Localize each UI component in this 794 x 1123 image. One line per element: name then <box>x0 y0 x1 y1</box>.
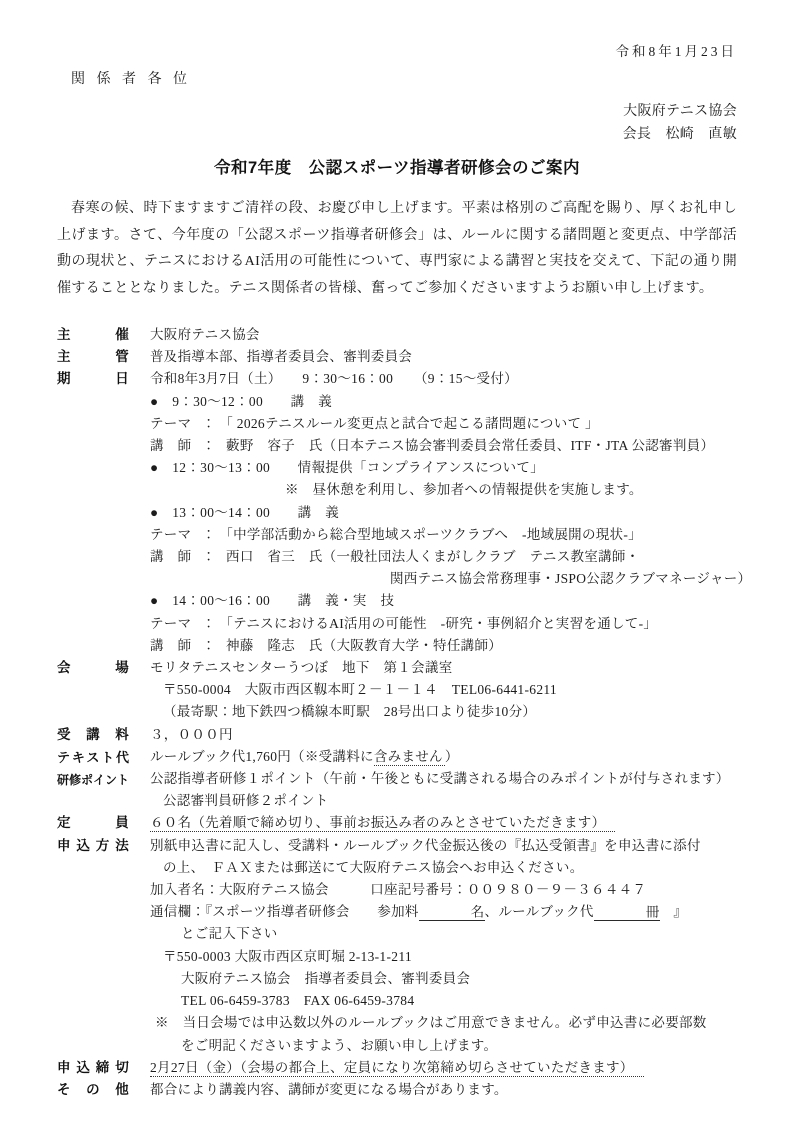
fill-in-blank-rulebooks: 冊 <box>594 903 660 921</box>
rulebook-note: ※ 当日会場では申込数以外のルールブックはご用意できません。必ず申込書に必要部数 <box>57 1012 737 1034</box>
schedule-lecturer-2: 講 師 ： 西口 省三 氏（一般社団法人くまがしクラブ テニス教室講師・ <box>57 546 737 568</box>
deadline-emphasis: 2月27日（金）（会場の都合上、定員になり次第締め切らさせていただきます） <box>150 1060 644 1077</box>
note-text: ※ 昼休憩を利用し、参加者への情報提供を実施します。 <box>285 482 643 497</box>
recipient: 関 係 者 各 位 <box>57 70 737 90</box>
textbook-pre: ルールブック代1,760円（※受講料に <box>150 749 374 764</box>
field-value: 別紙申込書に記入し、受講料・ルールブック代金振込後の『払込受領書』を申込書に添付 <box>150 838 701 853</box>
capacity-emphasis: ６０名（先着順で締め切り、事前お振込み者のみとさせていただきます） <box>150 815 615 832</box>
blank-line <box>419 903 471 917</box>
memo-pre: 通信欄：『スポーツ指導者研修会 参加料 <box>150 904 419 919</box>
schedule-time: ● 14：00～16：00 講 義・実 技 <box>150 593 394 608</box>
row-venue: 会場 モリタテニスセンターうつぼ 地下 第１会議室 <box>57 657 737 679</box>
venue-access: （最寄駅：地下鉄四つ橋線本町駅 28号出口より徒歩10分） <box>57 701 737 723</box>
field-value: 加入者名：大阪府テニス協会 口座記号番号：００９８０－９－３６４４７ <box>150 882 646 897</box>
lecturer-text: 講 師 ： 西口 省三 氏（一般社団法人くまがしクラブ テニス教室講師・ <box>150 549 640 564</box>
field-value: 普及指導本部、指導者委員会、審判委員会 <box>150 349 412 364</box>
field-label: 受講料 <box>57 724 129 746</box>
contact-phone-fax: TEL 06-6459-3783 FAX 06-6459-3784 <box>57 990 737 1012</box>
blank-line <box>594 903 646 917</box>
schedule-theme-2: テーマ ： 「中学部活動から総合型地域スポーツクラブへ -地域展開の現状-」 <box>57 524 737 546</box>
sender-organization: 大阪府テニス協会 <box>57 100 737 123</box>
row-fee: 受講料 ３，０００円 <box>57 724 737 746</box>
field-value: 公認審判員研修２ポイント <box>163 793 329 808</box>
field-value: 大阪府テニス協会 <box>150 327 260 342</box>
row-capacity: 定員 ６０名（先着順で締め切り、事前お振込み者のみとさせていただきます） <box>57 812 737 834</box>
textbook-emphasis: 含みません <box>374 749 445 766</box>
field-value: 大阪府テニス協会 指導者委員会、審判委員会 <box>181 971 470 986</box>
venue-address: 〒550-0004 大阪市西区靱本町２－１－１４ TEL06-6441-6211 <box>57 679 737 701</box>
memo-post: 』 <box>660 904 688 919</box>
row-other: その他 都合により講義内容、講師が変更になる場合があります。 <box>57 1079 737 1101</box>
schedule-slot-3: ● 13：00～14：00 講 義 <box>57 502 737 524</box>
sender-president: 会長 松崎 直敏 <box>57 123 737 146</box>
schedule-slot-1: ● 9：30～12：00 講 義 <box>57 391 737 413</box>
unit-mei: 名 <box>471 904 485 919</box>
fill-in-blank-participants: 名 <box>419 903 485 921</box>
detail-list: 主催 大阪府テニス協会 主管 普及指導本部、指導者委員会、審判委員会 期日 令和… <box>57 324 737 1101</box>
field-value: TEL 06-6459-3783 FAX 06-6459-3784 <box>181 993 414 1008</box>
schedule-time: ● 9：30～12：00 講 義 <box>150 394 332 409</box>
field-label: 主催 <box>57 324 129 346</box>
note-text: ※ 当日会場では申込数以外のルールブックはご用意できません。必ず申込書に必要部数 <box>155 1015 707 1030</box>
memo-mid: 、ルールブック代 <box>485 904 594 919</box>
schedule-time: ● 12：30～13：00 情報提供「コンプライアンスについて」 <box>150 460 544 475</box>
theme-text: テーマ ： 「テニスにおけるAI活用の可能性 -研究・事例紹介と実習を通して-」 <box>150 616 657 631</box>
schedule-theme-1: テーマ ： 「 2026テニスルール変更点と試合で起こる諸問題について 」 <box>57 413 737 435</box>
schedule-theme-3: テーマ ： 「テニスにおけるAI活用の可能性 -研究・事例紹介と実習を通して-」 <box>57 613 737 635</box>
row-application-method: 申込方法 別紙申込書に記入し、受講料・ルールブック代金振込後の『払込受領書』を申… <box>57 835 737 857</box>
field-value: ３，０００円 <box>150 727 233 742</box>
row-organizer: 主催 大阪府テニス協会 <box>57 324 737 346</box>
field-label: 申込締切 <box>57 1057 129 1079</box>
field-value: 都合により講義内容、講師が変更になる場合があります。 <box>150 1082 508 1097</box>
schedule-note-lunch: ※ 昼休憩を利用し、参加者への情報提供を実施します。 <box>57 479 737 501</box>
schedule-lecturer-3: 講 師 ： 神藤 隆志 氏（大阪教育大学・特任講師） <box>57 635 737 657</box>
field-label: 研修ポイント <box>57 769 129 791</box>
row-textbook: テキスト代 ルールブック代1,760円（※受講料に含みません） <box>57 746 737 768</box>
field-value: モリタテニスセンターうつぼ 地下 第１会議室 <box>150 660 453 675</box>
mailing-address: 〒550-0003 大阪市西区京町堀 2-13-1-211 <box>57 946 737 968</box>
unit-satsu: 冊 <box>646 904 660 919</box>
field-value: 令和8年3月7日（土） 9：30～16：00 （9：15～受付） <box>150 371 518 386</box>
field-value: とご記入下さい <box>181 926 278 941</box>
lecturer-text: 講 師 ： 藪野 容子 氏（日本テニス協会審判委員会常任委員、ITF・JTA 公… <box>150 438 714 453</box>
field-label: 主管 <box>57 346 129 368</box>
schedule-slot-2: ● 12：30～13：00 情報提供「コンプライアンスについて」 <box>57 457 737 479</box>
field-value: の上、 ＦＡＸまたは郵送にて大阪府テニス協会へお申込ください。 <box>163 860 584 875</box>
lecturer-text: 講 師 ： 神藤 隆志 氏（大阪教育大学・特任講師） <box>150 638 502 653</box>
row-date: 期日 令和8年3月7日（土） 9：30～16：00 （9：15～受付） <box>57 368 737 390</box>
application-method-cont: の上、 ＦＡＸまたは郵送にて大阪府テニス協会へお申込ください。 <box>57 857 737 879</box>
field-label: その他 <box>57 1079 129 1101</box>
schedule-slot-4: ● 14：00～16：00 講 義・実 技 <box>57 590 737 612</box>
field-value: 通信欄：『スポーツ指導者研修会 参加料名、ルールブック代冊 』 <box>150 904 687 919</box>
field-label: 会場 <box>57 657 129 679</box>
remittance-memo-cont: とご記入下さい <box>57 923 737 945</box>
theme-text: テーマ ： 「中学部活動から総合型地域スポーツクラブへ -地域展開の現状-」 <box>150 527 642 542</box>
greeting-paragraph: 春寒の候、時下ますますご清祥の段、お慶び申し上げます。平素は格別のご高配を賜り、… <box>57 196 737 302</box>
access-text: （最寄駅：地下鉄四つ橋線本町駅 28号出口より徒歩10分） <box>163 704 536 719</box>
field-label: 定員 <box>57 812 129 834</box>
field-value: 公認指導者研修１ポイント（午前・午後ともに受講される場合のみポイントが付与されま… <box>150 771 730 786</box>
lecturer-text: 関西テニス協会常務理事・JSPO公認クラブマネージャー） <box>390 571 751 586</box>
schedule-time: ● 13：00～14：00 講 義 <box>150 505 339 520</box>
field-label: 期日 <box>57 368 129 390</box>
field-label: 申込方法 <box>57 835 129 857</box>
document-page: 令和8年1月23日 関 係 者 各 位 大阪府テニス協会 会長 松崎 直敏 令和… <box>0 0 794 1123</box>
row-deadline: 申込締切 2月27日（金）（会場の都合上、定員になり次第締め切らさせていただきま… <box>57 1057 737 1079</box>
remittance-memo-line: 通信欄：『スポーツ指導者研修会 参加料名、ルールブック代冊 』 <box>57 901 737 923</box>
address-text: 〒550-0003 大阪市西区京町堀 2-13-1-211 <box>163 949 412 964</box>
field-label: テキスト代 <box>57 747 129 769</box>
issue-date: 令和8年1月23日 <box>57 42 737 62</box>
page-title: 令和7年度 公認スポーツ指導者研修会のご案内 <box>57 154 737 178</box>
schedule-lecturer-2-cont: 関西テニス協会常務理事・JSPO公認クラブマネージャー） <box>57 568 737 590</box>
field-value: ルールブック代1,760円（※受講料に含みません） <box>150 749 459 766</box>
rulebook-note-cont: をご明記くださいますよう、お願い申し上げます。 <box>57 1035 737 1057</box>
payment-account-line: 加入者名：大阪府テニス協会 口座記号番号：００９８０－９－３６４４７ <box>57 879 737 901</box>
schedule-lecturer-1: 講 師 ： 藪野 容子 氏（日本テニス協会審判委員会常任委員、ITF・JTA 公… <box>57 435 737 457</box>
row-training-points: 研修ポイント 公認指導者研修１ポイント（午前・午後ともに受講される場合のみポイン… <box>57 768 737 790</box>
mailing-recipient: 大阪府テニス協会 指導者委員会、審判委員会 <box>57 968 737 990</box>
row-training-points-cont: 公認審判員研修２ポイント <box>57 790 737 812</box>
theme-text: テーマ ： 「 2026テニスルール変更点と試合で起こる諸問題について 」 <box>150 416 599 431</box>
address-text: 〒550-0004 大阪市西区靱本町２－１－１４ TEL06-6441-6211 <box>163 682 557 697</box>
note-text: をご明記くださいますよう、お願い申し上げます。 <box>181 1038 497 1053</box>
textbook-post: ） <box>445 749 459 764</box>
row-supervisor: 主管 普及指導本部、指導者委員会、審判委員会 <box>57 346 737 368</box>
